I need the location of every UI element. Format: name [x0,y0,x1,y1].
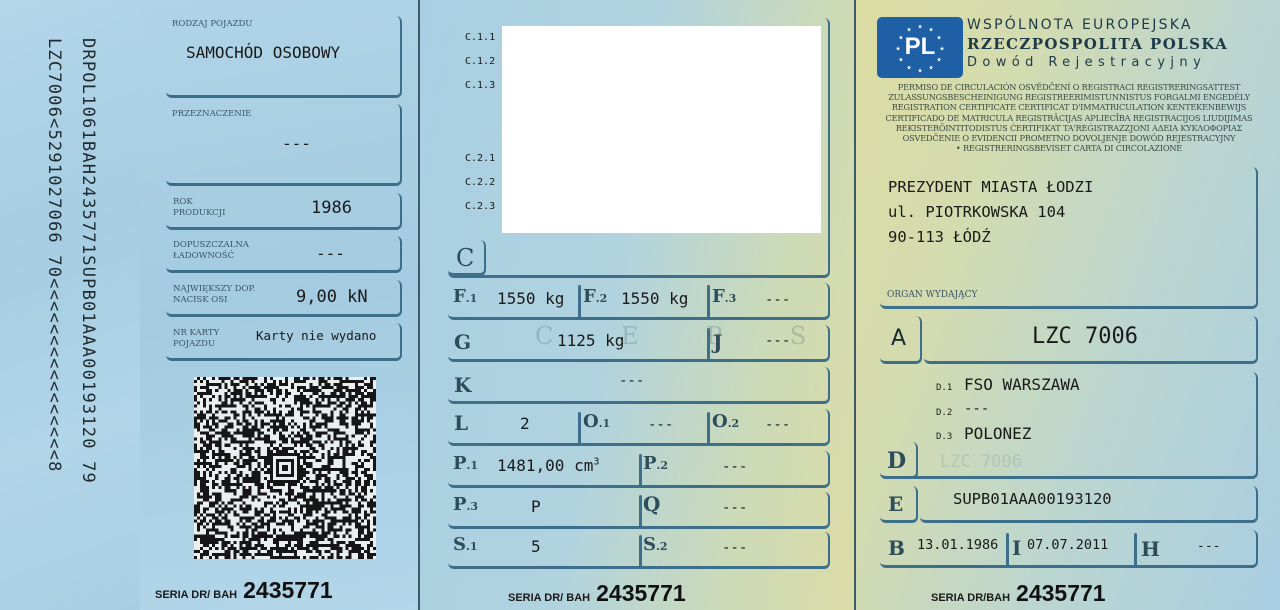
f2-code: F.2 [583,286,607,307]
e-code: E [888,492,903,516]
country-code: PL [877,33,963,61]
svg-text:★: ★ [907,63,912,72]
seria-right: SERIA DR/BAH2435771 [931,580,1106,607]
c13-label: C.1.3 [465,80,495,91]
eu-flag-icon: ★★★★★★★★★★★★ PL [877,17,963,78]
svg-text:★: ★ [929,63,934,72]
c23-label: C.2.3 [465,201,495,212]
divider [639,535,642,568]
p3-value: P [531,497,541,516]
production-year-label: ROK PRODUKCJI [173,197,225,219]
k-value: --- [619,373,644,389]
seria-number: 2435771 [243,577,333,603]
make: FSO WARSZAWA [964,375,1080,394]
c-code: C [456,244,474,272]
vehicle-card-label: NR KARTY POJAZDU [173,328,219,350]
g-code: G [454,330,471,354]
svg-text:★: ★ [918,66,923,75]
header-line-3: Dowód Rejestracyjny [967,55,1206,70]
f3-code: F.3 [712,286,736,307]
seria-middle: SERIA DR/ BAH2435771 [508,580,686,607]
o1-code: O.1 [583,411,610,432]
mrz-line-2: LZC7006<5291027066 70<<<<<<<<<<<<<<<<8 [44,38,64,598]
registration-date: 07.07.2011 [1027,537,1108,553]
l-code: L [454,411,468,435]
seria-number: 2435771 [596,580,686,606]
redacted-area [502,26,821,233]
a-code: A [891,326,906,351]
d2-label: D.2 [936,408,952,418]
p2-value: --- [722,459,747,475]
model: POLONEZ [964,424,1031,443]
s2-value: --- [722,540,747,556]
s1-code: S.1 [453,534,477,555]
authority-address: PREZYDENT MIASTA ŁODZI ul. PIOTRKOWSKA 1… [888,175,1093,250]
purpose-label: PRZEZNACZENIE [172,109,251,120]
production-year-value: 1986 [311,198,352,218]
p2-code: P.2 [643,453,668,474]
divider [578,412,581,445]
q-value: --- [722,500,747,516]
vin-value: SUPB01AAA00193120 [953,490,1112,508]
g-value: 1125 kg [557,331,624,350]
type: --- [964,401,989,417]
i-code: I [1012,536,1021,560]
divider [578,285,581,319]
multilingual-titles: PERMISO DE CIRCULACIÓN OSVĚDČENÍ O REGIS… [878,82,1260,153]
k-code: K [454,373,471,397]
d-code: D [887,448,906,474]
seria-left: SERIA DR/ BAH2435771 [155,577,333,604]
header-line-2: RZECZPOSPOLITA POLSKA [967,35,1228,53]
ghost-imprint: LZC 7006 [940,452,1022,472]
seria-label: SERIA DR/ BAH [155,589,237,601]
validity-value: --- [1197,539,1220,554]
j-value: --- [765,333,790,349]
c22-label: C.2.2 [465,177,495,188]
seria-label: SERIA DR/BAH [931,592,1010,604]
d1-label: D.1 [936,383,952,393]
purpose-value: --- [282,134,311,153]
vehicle-card-value: Karty nie wydano [256,328,376,343]
header-line-1: WSPÓLNOTA EUROPEJSKA [967,17,1193,33]
s1-value: 5 [531,537,541,556]
first-registration-date: 13.01.1986 [917,537,998,553]
c11-label: C.1.1 [465,32,495,43]
seria-label: SERIA DR/ BAH [508,592,590,604]
axle-load-label: NAJWIĘKSZY DOP. NACISK OSI [173,284,255,306]
registration-number: LZC 7006 [1032,324,1138,349]
h-code: H [1141,537,1160,561]
q-code: Q [643,492,660,516]
c12-label: C.1.2 [465,56,495,67]
divider [639,495,642,528]
authority-label: ORGAN WYDAJĄCY [887,290,977,301]
f1-value: 1550 kg [497,289,564,308]
p1-code: P.1 [453,453,478,474]
o2-value: --- [765,417,790,433]
divider [707,328,710,361]
b-code: B [888,536,905,560]
c21-label: C.2.1 [465,153,495,164]
payload-value: --- [316,244,345,263]
o1-value: --- [648,417,673,433]
d3-label: D.3 [936,432,952,442]
axle-load-value: 9,00 kN [296,287,368,307]
p3-code: P.3 [453,494,478,515]
j-code: J [713,330,722,354]
2d-barcode [194,377,376,559]
divider [707,412,710,445]
l-value: 2 [520,414,530,433]
f1-code: F.1 [453,286,477,307]
divider [639,454,642,487]
s2-code: S.2 [643,534,667,555]
divider [707,285,710,319]
f3-value: --- [765,292,790,308]
mrz-panel: DRPOL1061BAH2435771SUPB01AAA00193120 79 … [0,0,140,610]
payload-label: DOPUSZCZALNA ŁADOWNOŚĆ [173,240,249,262]
seria-number: 2435771 [1016,580,1106,606]
f2-value: 1550 kg [621,289,688,308]
svg-text:★: ★ [918,22,923,31]
p1-value: 1481,00 cm3 [497,456,599,475]
divider [1134,533,1137,567]
mrz-line-1: DRPOL1061BAH2435771SUPB01AAA00193120 79 [78,38,98,598]
o2-code: O.2 [712,411,739,432]
vehicle-type-value: SAMOCHÓD OSOBOWY [186,43,340,62]
vehicle-type-label: RODZAJ POJAZDU [172,19,252,30]
divider [1006,533,1009,567]
